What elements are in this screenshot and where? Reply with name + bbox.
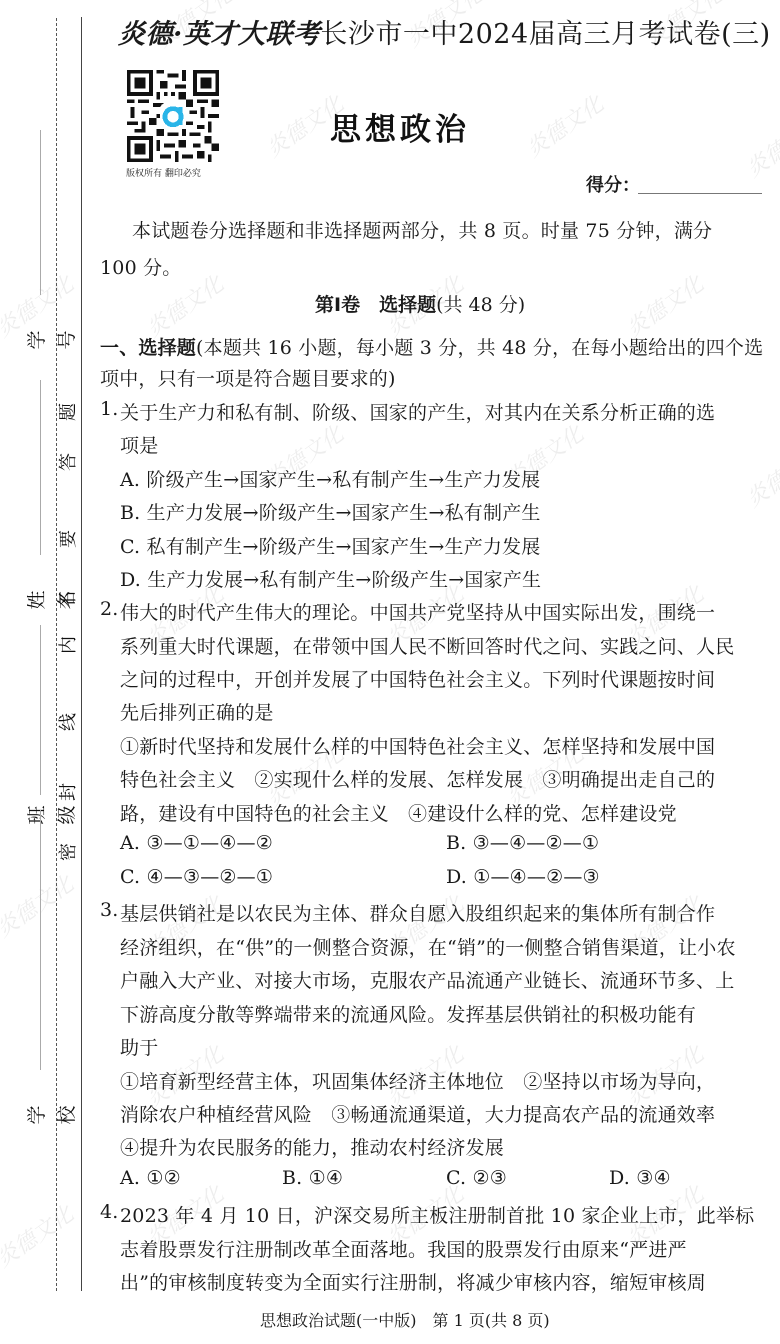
watermark: 炎德文化 (739, 438, 780, 514)
name-label: 姓 名 (22, 585, 52, 615)
class-label: 班 级 (22, 800, 52, 830)
copyright-caption: 版权所有 翻印必究 (126, 166, 226, 179)
option-c[interactable]: C. ②③ (446, 1167, 507, 1189)
seal-text-char: 不 (57, 589, 81, 611)
exam-name: 长沙市一中2024届高三月考试卷(三) (320, 19, 770, 50)
question-stem: 志着股票发行注册制改革全面落地。我国的股票发行由原来“严进严 (120, 1235, 687, 1262)
section-heading: 第Ⅰ卷 选择题(共 48 分) (315, 290, 525, 317)
question-number: 1. (100, 398, 119, 420)
question-item: ①培育新型经营主体，巩固集体经济主体地位 ②坚持以市场为导向， (120, 1067, 715, 1094)
question-item: ④提升为农民服务的能力，推动农村经济发展 (120, 1133, 504, 1160)
option-b[interactable]: B. ①④ (282, 1167, 343, 1189)
option-c[interactable]: C. 私有制产生→阶级产生→国家产生→生产力发展 (120, 532, 541, 559)
page-footer: 思想政治试题(一中版) 第 1 页(共 8 页) (260, 1308, 550, 1331)
question-stem: 项是 (120, 431, 158, 458)
section-heading-score: (共 48 分) (436, 294, 525, 316)
watermark: 炎德文化 (0, 1198, 79, 1274)
score-label: 得分： (586, 171, 640, 197)
question-number: 4. (100, 1201, 119, 1223)
part-one-instructions-text: (本题共 16 小题，每小题 3 分，共 48 分，在每小题给出的四个选 (196, 337, 763, 359)
seal-text-char: 答 (57, 451, 81, 473)
question-item: 路，建设有中国特色的社会主义 ④建设什么样的党、怎样建设党 (120, 799, 677, 826)
school-underline (40, 810, 41, 1070)
watermark: 炎德文化 (519, 88, 609, 164)
option-a[interactable]: A. ③—①—④—② (120, 832, 273, 854)
part-one-instructions-text: 项中，只有一项是符合题目要求的) (100, 364, 396, 391)
intro-text: 100 分。 (100, 253, 182, 280)
subject-title: 思想政治 (330, 104, 470, 149)
seal-text-char: 题 (57, 401, 81, 423)
question-item: 消除农户种植经营风险 ③畅通流通渠道，大力提高农产品的流通效率 (120, 1100, 715, 1127)
question-stem: 之问的过程中，开创并发展了中国特色社会主义。下列时代课题按时间 (120, 665, 715, 692)
option-b[interactable]: B. 生产力发展→阶级产生→国家产生→私有制产生 (120, 498, 541, 525)
option-c[interactable]: C. ④—③—②—① (120, 866, 273, 888)
school-label: 学 校 (22, 1100, 52, 1130)
question-stem: 助于 (120, 1033, 158, 1060)
student-id-underline (40, 130, 41, 295)
seal-text-char: 封 (57, 781, 81, 803)
watermark: 炎德文化 (739, 108, 780, 184)
option-d[interactable]: D. ③④ (609, 1167, 671, 1189)
question-item: 特色社会主义 ②实现什么样的发展、怎样发展 ③明确提出走自己的 (120, 765, 715, 792)
class-underline (40, 625, 41, 795)
question-stem: 伟大的时代产生伟大的理论。中国共产党坚持从中国实际出发，围绕一 (120, 598, 715, 625)
question-number: 2. (100, 598, 119, 620)
seal-solid-line (81, 17, 82, 1291)
option-b[interactable]: B. ③—④—②—① (446, 832, 599, 854)
student-id-label: 学 号 (22, 325, 52, 355)
question-number: 3. (100, 899, 119, 921)
qr-code-icon[interactable] (126, 70, 220, 162)
question-stem: 先后排列正确的是 (120, 698, 274, 725)
question-stem: 户融入大产业、对接大市场，克服农产品流通产业链长、流通环节多、上 (120, 966, 734, 993)
question-stem: 系列重大时代课题，在带领中国人民不断回答时代之问、实践之问、人民 (120, 632, 734, 659)
exam-brand: 炎德·英才大联考 (118, 19, 320, 50)
option-a[interactable]: A. ①② (120, 1167, 181, 1189)
option-a[interactable]: A. 阶级产生→国家产生→私有制产生→生产力发展 (120, 465, 540, 492)
score-field[interactable] (638, 193, 762, 194)
seal-text-char: 要 (57, 528, 81, 550)
seal-text-char: 内 (57, 634, 81, 656)
question-stem: 基层供销社是以农民为主体、群众自愿入股组织起来的集体所有制合作 (120, 899, 715, 926)
seal-text-char: 线 (57, 711, 81, 733)
seal-text-char: 密 (57, 841, 81, 863)
part-one-label: 一、选择题 (100, 337, 196, 359)
question-stem: 出”的审核制度转变为全面实行注册制，将减少审核内容，缩短审核周 (120, 1268, 706, 1295)
question-stem: 经济组织，在“供”的一侧整合资源，在“销”的一侧整合销售渠道，让小农 (120, 933, 736, 960)
name-underline (40, 380, 41, 555)
question-stem: 2023 年 4 月 10 日，沪深交易所主板注册制首批 10 家企业上市，此举… (120, 1201, 754, 1228)
section-heading-bold: 第Ⅰ卷 选择题 (315, 294, 436, 316)
option-d[interactable]: D. 生产力发展→私有制产生→阶级产生→国家产生 (120, 565, 541, 592)
part-one-instructions: 一、选择题(本题共 16 小题，每小题 3 分，共 48 分，在每小题给出的四个… (100, 333, 763, 360)
question-stem: 下游高度分散等弊端带来的流通风险。发挥基层供销社的积极功能有 (120, 1000, 696, 1027)
option-d[interactable]: D. ①—④—②—③ (446, 866, 600, 888)
intro-text: 本试题卷分选择题和非选择题两部分，共 8 页。时量 75 分钟，满分 (132, 216, 712, 243)
question-stem: 关于生产力和私有制、阶级、国家的产生，对其内在关系分析正确的选 (120, 398, 715, 425)
question-item: ①新时代坚持和发展什么样的中国特色社会主义、怎样坚持和发展中国 (120, 732, 715, 759)
exam-title: 炎德·英才大联考长沙市一中2024届高三月考试卷(三) (118, 12, 778, 51)
